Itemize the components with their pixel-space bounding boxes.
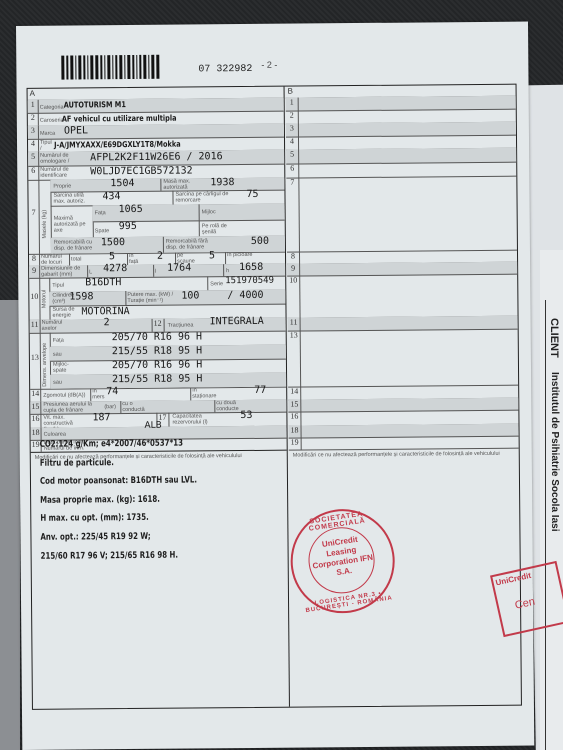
note-line: CO2:124 g/Km; e4*2007/46*0537*13 xyxy=(40,438,197,458)
field-label: Marca xyxy=(40,131,55,137)
underlying-paper-left xyxy=(0,300,20,750)
label: Mijloc-spate xyxy=(53,362,73,374)
field-number: 16 xyxy=(288,412,301,426)
label: Zgomotul (dB(A)) xyxy=(43,392,85,398)
field-number: 3 xyxy=(286,124,299,137)
field-number: 18 xyxy=(31,428,42,440)
engine-type-value: B16DTH xyxy=(85,277,121,288)
field-number: 16 xyxy=(30,414,41,428)
field-b-19: 19 xyxy=(289,436,519,451)
field-number: 5 xyxy=(28,152,39,166)
tyre-front-value: 205/70 R16 96 H xyxy=(112,331,202,343)
label: Tipul xyxy=(52,283,64,289)
field-number: 1 xyxy=(286,98,299,111)
field-number: 7 xyxy=(28,180,40,254)
field-number: 6 xyxy=(28,166,39,180)
field-label: Numărul de omologare / Anul fabricației xyxy=(40,152,80,164)
field-number: 1 xyxy=(28,100,39,113)
field-number: 2 xyxy=(28,113,39,126)
label: Putere max. (kW) / Turație (min⁻¹) xyxy=(127,292,179,304)
label: Proprie xyxy=(53,184,71,190)
field-7: 7 Masele (kg) Proprie 1504 Masă max. aut… xyxy=(28,178,285,255)
label: Numărul axelor xyxy=(42,320,66,332)
field-b-13: 13 xyxy=(288,329,518,388)
seats-total-value: 5 xyxy=(109,251,115,262)
column-b: B 1234567891011131415161819Modificări ce… xyxy=(286,85,521,707)
noise-stationary-value: 77 xyxy=(254,385,266,396)
label: Sursa de energie xyxy=(52,306,76,318)
seats-seated-value: 5 xyxy=(209,250,215,261)
label: L xyxy=(89,269,92,275)
hitch-load-value: 75 xyxy=(246,189,258,200)
field-number: 3 xyxy=(28,126,39,139)
color-value: ALB xyxy=(144,421,161,431)
note-line: Cod motor poansonat: B16DTH sau LVL. xyxy=(40,476,197,496)
tyre-front-alt-value: 215/55 R18 95 H xyxy=(112,345,202,357)
field-number: 11 xyxy=(30,320,41,333)
registration-document: 07 322982 - 2 - A 1 Categoria AUTOTURISM… xyxy=(16,22,534,750)
field-number: 8 xyxy=(287,252,300,264)
note-line: Anv. opt.: 225/45 R19 92 W; xyxy=(40,531,197,551)
label: Spate xyxy=(95,228,109,234)
seats-front-value: 2 xyxy=(157,251,163,262)
field-b-10: 10 xyxy=(287,274,517,319)
document-number: 07 322982 xyxy=(198,64,252,75)
label: Capacitatea rezervorului (l) xyxy=(172,413,214,425)
field-number: 19 xyxy=(289,438,302,450)
body-value: AF vehicul cu utilizare multipla xyxy=(62,114,177,124)
category-value: AUTOTURISM M1 xyxy=(64,100,126,110)
homologation-value: AFPL2K2F11W26E6 / 2016 xyxy=(90,151,223,163)
field-group-label: Motorul xyxy=(41,290,47,308)
label: Mijloc xyxy=(202,209,216,215)
field-number: 15 xyxy=(288,400,301,412)
field-number: 6 xyxy=(286,164,299,178)
axle-mass-block: Maximă autorizată pe axe Fața 1065 Mijlo… xyxy=(51,204,285,239)
label: Remorcabilă cu disp. de frânare xyxy=(54,239,96,251)
field-number: 14 xyxy=(30,389,41,402)
rpm-value: / 4000 xyxy=(227,290,263,301)
partial-stamp-bottom: Cen xyxy=(514,590,562,612)
field-number: 13 xyxy=(288,331,301,387)
field-label: Categoria xyxy=(40,105,64,111)
stamp-center: UniCredit Leasing Corporation IFN S.A. xyxy=(290,530,395,584)
field-number: 12 xyxy=(152,319,165,332)
label: Remorcabilă fără disp. de frânare xyxy=(166,238,220,250)
own-mass-value: 1504 xyxy=(110,178,134,189)
field-number: 9 xyxy=(287,264,300,276)
vin-value: W0LJD7EC1GB572132 xyxy=(90,165,192,177)
label: sau xyxy=(53,380,62,386)
front-axle-value: 1065 xyxy=(119,204,143,215)
rear-axle-value: 995 xyxy=(119,221,137,232)
label: Maximă autorizată pe axe xyxy=(54,215,92,233)
field-10: 10 Motorul Tipul B16DTH Serie 151970549 … xyxy=(29,276,285,321)
form-table: A 1 Categoria AUTOTURISM M1 2 Caroseria … xyxy=(27,84,522,710)
modifications-notes: CO2:124 g/Km; e4*2007/46*0537*13 Filtru … xyxy=(40,438,243,570)
field-number: 10 xyxy=(29,278,40,320)
traction-value: INTEGRALA xyxy=(210,316,264,327)
column-a: A 1 Categoria AUTOTURISM M1 2 Caroseria … xyxy=(28,87,290,709)
label: în mers xyxy=(92,388,106,400)
label: în picioare xyxy=(227,252,257,258)
modifications-header-b: Modificări ce nu afectează performanțele… xyxy=(293,451,519,459)
towable-braked-value: 1500 xyxy=(101,237,125,248)
label: sau xyxy=(53,352,62,358)
label: cu două conducte xyxy=(216,400,242,412)
field-group-label: Masele (kg) xyxy=(42,210,48,239)
note-line: 215/60 R17 96 V; 215/65 R16 98 H. xyxy=(41,550,198,570)
note-line: H max. cu opt. (mm): 1735. xyxy=(40,513,197,533)
label: cu o conductă xyxy=(122,401,148,413)
label: Fața xyxy=(95,210,106,216)
label: (bar) xyxy=(104,404,116,410)
tyre-rear-alt-value: 215/55 R18 95 H xyxy=(112,373,202,385)
field-number: 8 xyxy=(29,254,40,266)
engine-serial-value: 151970549 xyxy=(225,276,274,286)
length-value: 4278 xyxy=(103,263,127,274)
client-label: CLIENT xyxy=(548,318,560,358)
tyre-rear-value: 205/70 R16 96 H xyxy=(112,359,202,371)
field-label: Caroseria xyxy=(40,118,64,124)
label: Pe rolă de șenilă xyxy=(202,223,238,235)
power-value: 100 xyxy=(181,290,199,301)
width-value: 1764 xyxy=(167,262,191,273)
towable-unbraked-value: 500 xyxy=(251,236,269,247)
note-line: Masa proprie max. (kg): 1618. xyxy=(40,494,197,514)
fuel-value: MOTORINA xyxy=(81,306,129,317)
field-group-label: Dimens. anvelope xyxy=(42,343,48,387)
field-number: 11 xyxy=(288,318,301,331)
tank-capacity-value: 53 xyxy=(240,410,252,421)
field-13: 13 Dimens. anvelope Fața 205/70 R16 96 H… xyxy=(30,331,286,390)
field-number: 4 xyxy=(286,137,299,150)
label: total xyxy=(71,256,81,262)
field-number: 10 xyxy=(287,276,300,318)
label: Tracțiunea xyxy=(168,322,194,328)
label: în staționare xyxy=(192,387,222,399)
label: l xyxy=(155,269,156,275)
label: Sarcina pe cârligul de remorcare xyxy=(175,191,235,204)
height-value: 1658 xyxy=(239,262,263,273)
field-number: 2 xyxy=(286,111,299,124)
field-b-7: 7 xyxy=(286,176,517,253)
barcode xyxy=(61,55,181,80)
partial-stamp: UniCredit Cen xyxy=(490,561,563,637)
make-value: OPEL xyxy=(64,125,88,136)
max-speed-value: 187 xyxy=(92,412,110,423)
label: Numărul de locuri xyxy=(41,254,67,266)
field-number: 18 xyxy=(288,426,301,438)
label: h xyxy=(226,268,229,274)
label: în față xyxy=(129,253,143,265)
field-number: 5 xyxy=(286,150,299,164)
field-number: 9 xyxy=(29,266,40,278)
label: Sarcina utilă max. autoriz. xyxy=(53,192,93,204)
type-value: J-A/JMYXAXX/E69DGXLY1T8/Mokka xyxy=(54,140,181,150)
label: Dimensiunile de gabarit (mm) xyxy=(41,265,87,277)
payload-value: 434 xyxy=(102,191,120,202)
field-number: 7 xyxy=(286,178,300,252)
noise-driving-value: 74 xyxy=(106,386,118,397)
label: Serie xyxy=(210,281,223,287)
field-number: 4 xyxy=(28,139,39,152)
label: Fața xyxy=(53,338,64,344)
field-number: 15 xyxy=(30,402,41,414)
axle-rear-row: Spate 995 Pe rolă de șenilă xyxy=(93,220,285,238)
note-line: Filtru de particule. xyxy=(40,457,197,477)
page-mark: - 2 - xyxy=(261,60,277,70)
label: Culoarea xyxy=(44,432,66,438)
field-label: Numărul de identificare xyxy=(40,166,76,178)
field-number: 14 xyxy=(288,387,301,400)
label: Masă max. autorizată xyxy=(163,178,193,190)
displacement-value: 1598 xyxy=(69,291,93,302)
max-mass-value: 1938 xyxy=(210,177,234,188)
axles-value: 2 xyxy=(104,317,110,328)
field-number: 13 xyxy=(30,333,41,389)
client-name: Institutul de Psihiatrie Socola Iasi xyxy=(549,372,560,531)
